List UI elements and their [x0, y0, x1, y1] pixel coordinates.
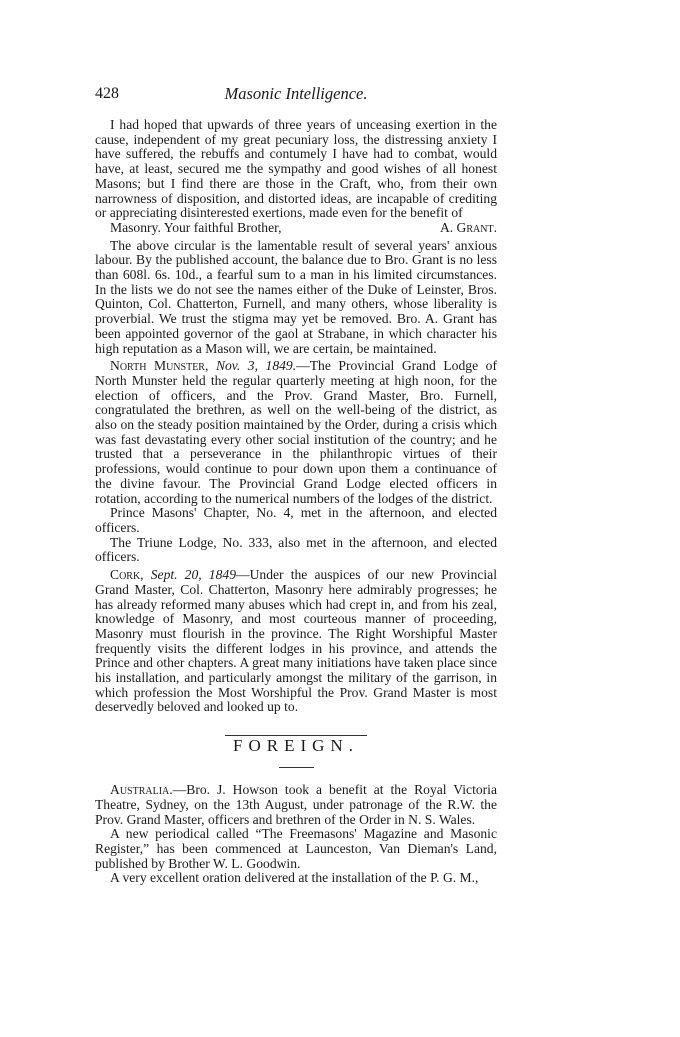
place-heading: Cork, [110, 567, 144, 582]
section-title: FOREIGN. [95, 736, 497, 756]
letter-paragraph: I had hoped that upwards of three years … [95, 118, 497, 221]
paragraph-text: A new periodical called “The Freemasons'… [95, 826, 497, 870]
book-page: 428 Masonic Intelligence. I had hoped th… [95, 84, 497, 886]
periodical-paragraph: A new periodical called “The Freemasons'… [95, 827, 497, 871]
paragraph-text: —The Provincial Grand Lodge of North Mun… [95, 358, 497, 505]
australia-paragraph: Australia.—Bro. J. Howson took a benefit… [95, 783, 497, 827]
paragraph-text: A very excellent oration delivered at th… [110, 870, 478, 885]
closing-text: Masonry. Your faithful Brother, [95, 221, 282, 236]
title-underline [279, 767, 314, 768]
paragraph-text: —Under the auspices of our new Provincia… [95, 567, 497, 714]
triune-paragraph: The Triune Lodge, No. 333, also met in t… [95, 536, 497, 565]
prince-masons-paragraph: Prince Masons' Chapter, No. 4, met in th… [95, 506, 497, 535]
page-header: 428 Masonic Intelligence. [95, 84, 497, 106]
north-munster-paragraph: North Munster, Nov. 3, 1849.—The Provinc… [95, 359, 497, 506]
commentary-text: The above circular is the lamentable res… [95, 238, 497, 356]
letter-closing: Masonry. Your faithful Brother, A. Grant… [95, 221, 497, 236]
page-body: I had hoped that upwards of three years … [95, 118, 497, 886]
paragraph-text: The Triune Lodge, No. 333, also met in t… [95, 535, 497, 565]
commentary-paragraph: The above circular is the lamentable res… [95, 239, 497, 357]
date: Nov. 3, 1849. [216, 358, 296, 373]
oration-paragraph: A very excellent oration delivered at th… [95, 871, 497, 886]
paragraph-text: Prince Masons' Chapter, No. 4, met in th… [95, 505, 497, 535]
place-heading: North Munster, [110, 358, 208, 373]
date: Sept. 20, 1849 [151, 567, 236, 582]
place-heading: Australia. [110, 782, 173, 797]
letter-text: I had hoped that upwards of three years … [95, 117, 497, 220]
running-title: Masonic Intelligence. [95, 84, 497, 104]
signature: A. Grant. [425, 221, 497, 236]
cork-paragraph: Cork, Sept. 20, 1849—Under the auspices … [95, 568, 497, 715]
